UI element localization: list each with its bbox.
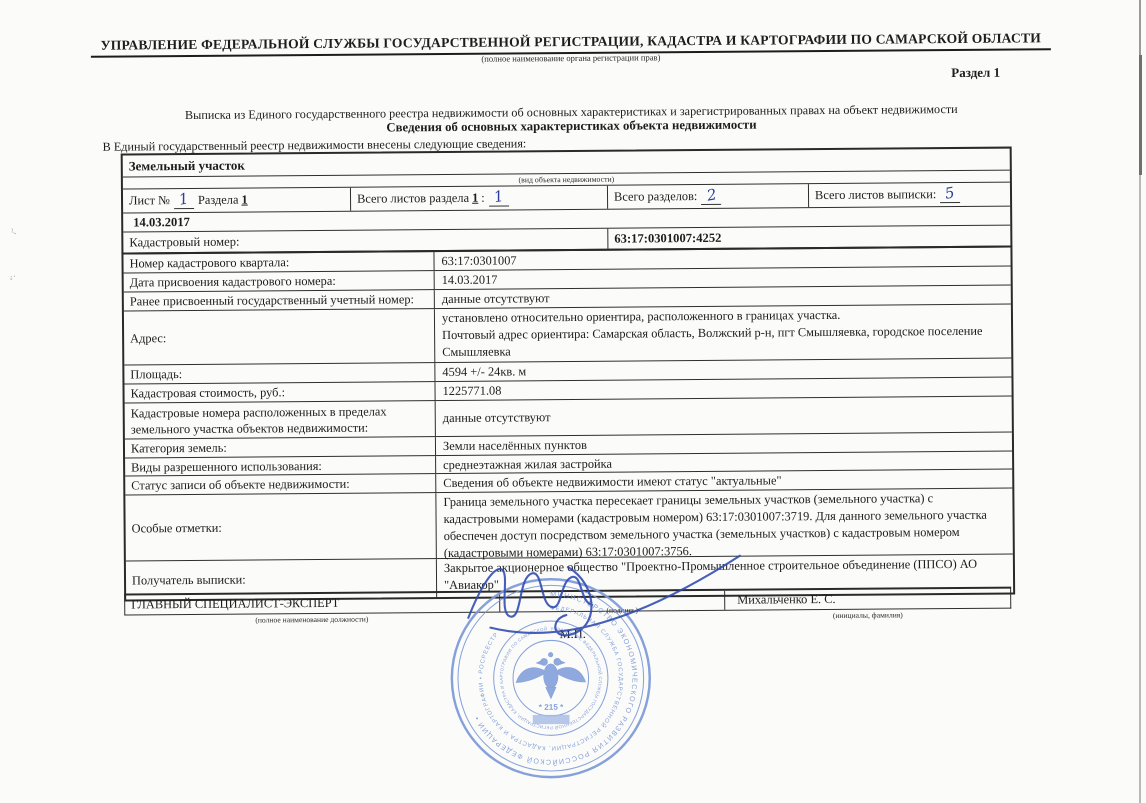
sheet-number-cell: Лист № 1 Раздела 1 xyxy=(123,188,351,213)
stamp-code-band xyxy=(533,715,570,724)
total-extract-sheets-label: Всего листов выписки: xyxy=(815,187,936,203)
margin-mark: :, xyxy=(9,274,20,281)
total-extract-sheets-cell: Всего листов выписки: 5 xyxy=(809,183,1010,208)
signee-name: Михальченко Е. С. xyxy=(725,589,1010,610)
details-row-value: данные отсутствуют xyxy=(436,397,1012,437)
position-title: ГЛАВНЫЙ СПЕЦИАЛИСТ-ЭКСПЕРТ xyxy=(125,593,500,615)
details-row-label: Статус записи об объекте недвижимости: xyxy=(125,474,436,494)
details-row-label: Дата присвоения кадастрового номера: xyxy=(124,271,435,291)
scanned-document-page: УПРАВЛЕНИЕ ФЕДЕРАЛЬНОЙ СЛУЖБЫ ГОСУДАРСТВ… xyxy=(0,0,1146,803)
total-extract-sheets-handwritten: 5 xyxy=(944,186,956,201)
signee-caption: (инициалы, фамилия) xyxy=(724,610,1011,621)
total-sections-cell: Всего разделов: 2 xyxy=(608,184,809,209)
object-header-table: Земельный участок (вид объекта недвижимо… xyxy=(121,147,1013,255)
total-sections-slot: 2 xyxy=(701,188,721,204)
section-label: Раздел 1 xyxy=(868,65,1000,82)
stamp-number: * 215 * xyxy=(539,703,564,712)
signature-scribble xyxy=(450,544,751,646)
sheet-number-slot: 1 xyxy=(174,192,194,208)
position-caption: (полное наименование должности) xyxy=(124,614,499,626)
total-sheets-cell: Всего листов раздела 1 : 1 xyxy=(351,186,608,211)
total-sheets-number: 1 xyxy=(472,191,478,206)
scan-edge-artifact xyxy=(1139,55,1142,175)
details-row-label: Виды разрешенного использования: xyxy=(125,456,436,475)
total-extract-sheets-slot: 5 xyxy=(940,186,960,202)
scan-edge-artifact xyxy=(1139,0,1141,55)
details-row-label: Ранее присвоенный государственный учетны… xyxy=(124,290,435,310)
details-row-label: Площадь: xyxy=(124,363,435,383)
section-number: 1 xyxy=(241,193,247,208)
details-row-label: Кадастровые номера расположенных в преде… xyxy=(125,401,436,438)
total-sheets-handwritten: 1 xyxy=(493,189,505,204)
total-sheets-slot: 1 xyxy=(489,190,509,206)
sheet-number-handwritten: 1 xyxy=(178,192,190,207)
total-sheets-colon: : xyxy=(481,191,485,206)
details-row-label: Категория земель: xyxy=(125,437,436,457)
table-row: Адрес: установлено относительно ориентир… xyxy=(124,305,1011,366)
details-row-label: Кадастровая стоимость, руб.: xyxy=(124,382,435,402)
total-sections-label: Всего разделов: xyxy=(614,189,697,205)
margin-mark: ~' xyxy=(7,227,18,235)
details-row-label: Номер кадастрового квартала: xyxy=(123,252,434,272)
scan-tilt-wrapper: УПРАВЛЕНИЕ ФЕДЕРАЛЬНОЙ СЛУЖБЫ ГОСУДАРСТВ… xyxy=(0,0,1146,803)
details-row-value: установлено относительно ориентира, расп… xyxy=(435,305,1011,363)
total-sections-handwritten: 2 xyxy=(705,188,717,203)
total-sheets-label: Всего листов раздела xyxy=(357,191,469,207)
stamp-eagle-icon xyxy=(516,652,586,699)
details-row-label: Особые отметки: xyxy=(125,493,437,560)
section-prefix: Раздела xyxy=(198,193,239,208)
details-row-label: Адрес: xyxy=(124,309,435,364)
sheet-prefix: Лист № xyxy=(129,193,170,208)
